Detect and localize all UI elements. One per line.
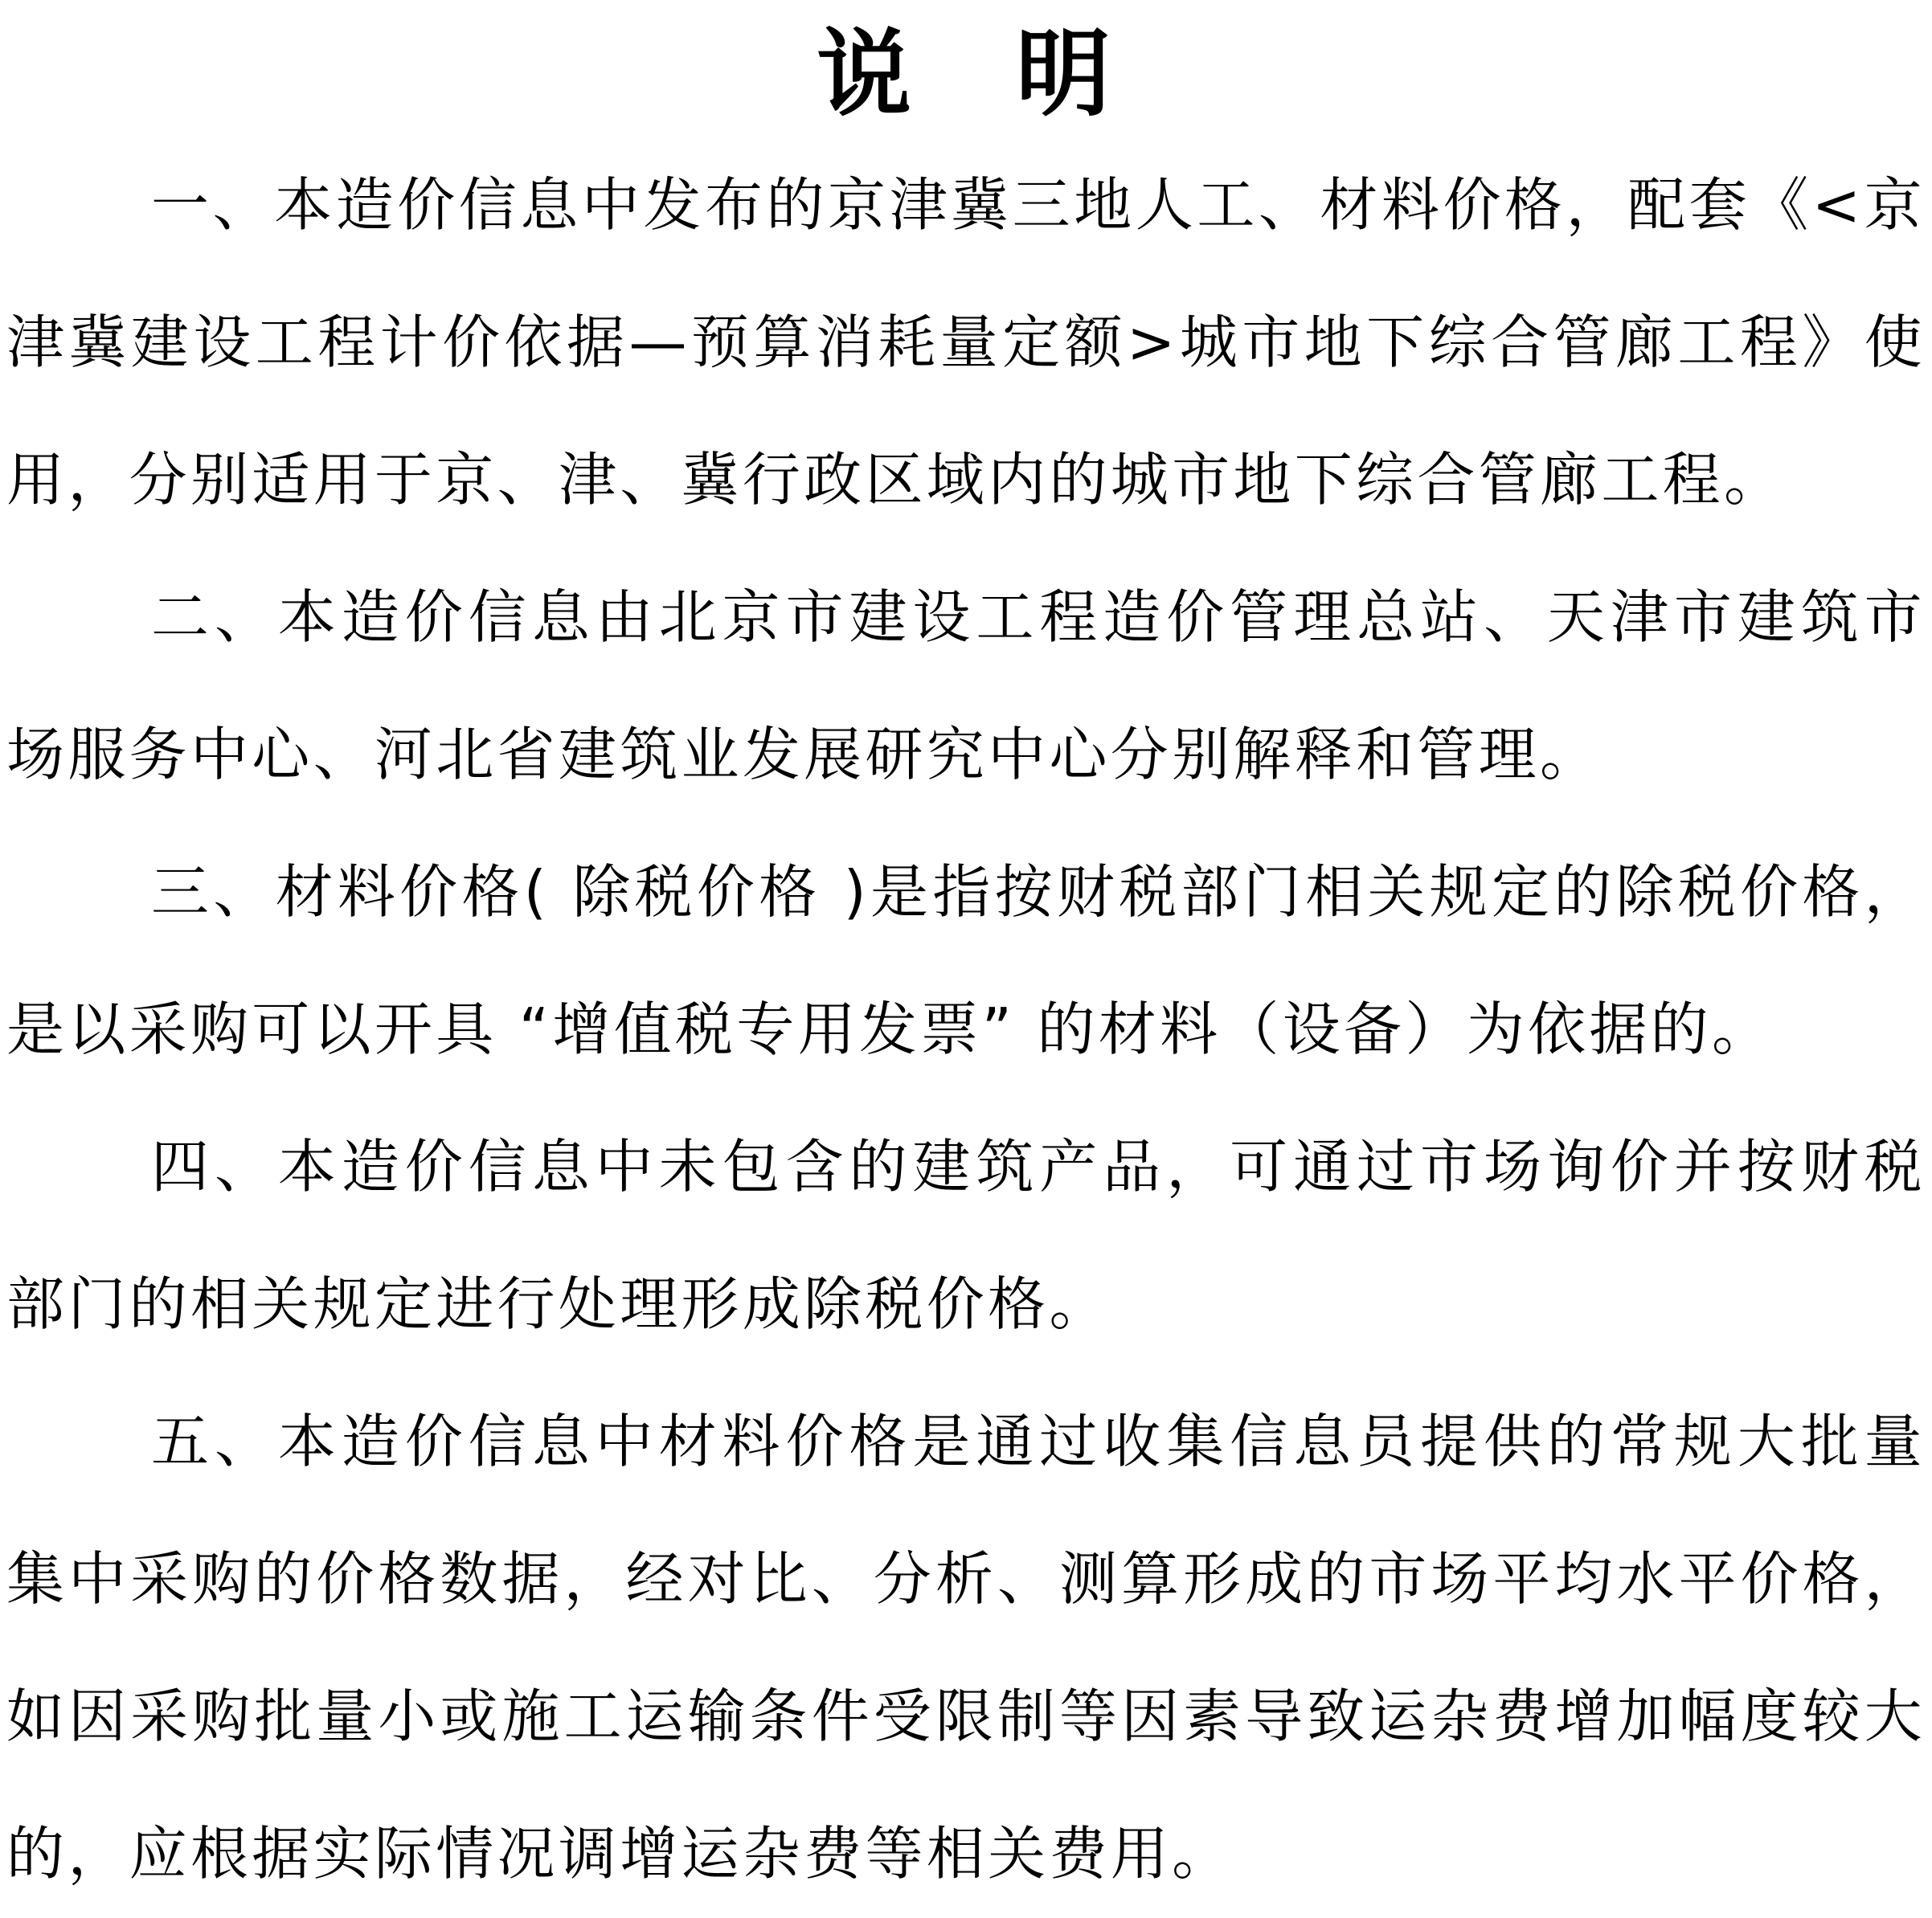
paragraph-3: 三、材料价格( 除税价格 )是指按财税部门相关规定的除税价格，是以采购可以开具 …	[6, 824, 1926, 1098]
document-body: 一、本造价信息中发布的京津冀三地人工、材料价格，配套《<京津冀建设工程计价依据—…	[6, 137, 1926, 1918]
document-page: 说 明 一、本造价信息中发布的京津冀三地人工、材料价格，配套《<京津冀建设工程计…	[0, 0, 1932, 1918]
paragraph-1: 一、本造价信息中发布的京津冀三地人工、材料价格，配套《<京津冀建设工程计价依据—…	[6, 137, 1926, 549]
page-title: 说 明	[6, 11, 1926, 137]
paragraph-5: 五、本造价信息中材料价格是通过收集信息员提供的常规大批量集中采购的价格数据，经对…	[6, 1373, 1926, 1918]
paragraph-2: 二、本造价信息由北京市建设工程造价管理总站、天津市建筑市场服务中心、河北省建筑业…	[6, 549, 1926, 824]
paragraph-4: 四、本造价信息中未包含的建筑产品，可通过市场询价并按财税部门的相关规定进行处理形…	[6, 1098, 1926, 1373]
